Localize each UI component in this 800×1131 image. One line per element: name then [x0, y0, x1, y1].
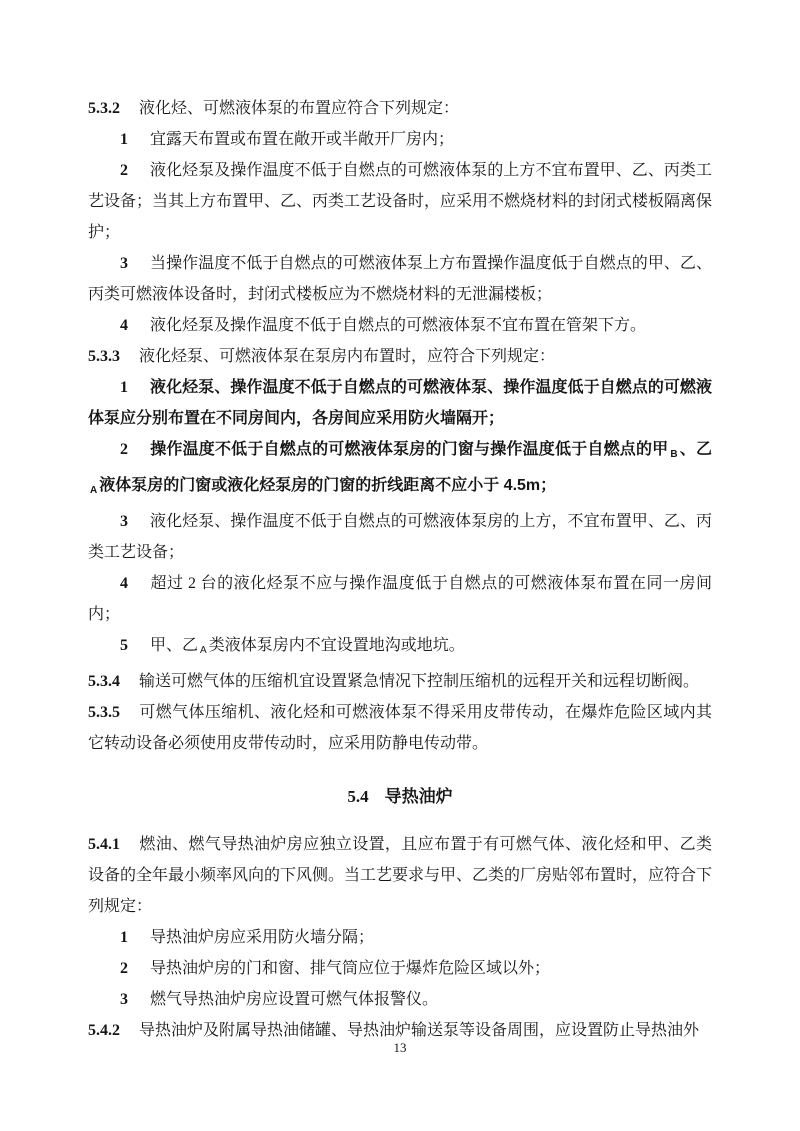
section-number: 5.4 — [347, 787, 368, 806]
document-content: 5.3.2液化烃、可燃液体泵的布置应符合下列规定： 1宜露天布置或布置在敞开或半… — [88, 93, 712, 1046]
subscript-a: A — [88, 485, 99, 496]
item-text-segment: 液体泵房的门窗或液化烃泵房的门窗的折线距离不应小于 4.5m； — [99, 477, 556, 494]
clause-5.3.5: 5.3.5可燃气体压缩机、液化烃和可燃液体泵不得采用皮带传动，在爆炸危险区域内其… — [88, 697, 712, 759]
item-number: 3 — [120, 255, 128, 272]
item-text-segment: 、乙 — [680, 441, 712, 458]
page-number: 13 — [0, 1038, 800, 1058]
item-text: 液化烃泵、操作温度不低于自燃点的可燃液体泵房的上方，不宜布置甲、乙、丙类工艺设备… — [88, 513, 712, 561]
clause-5.3.2: 5.3.2液化烃、可燃液体泵的布置应符合下列规定： — [88, 93, 712, 124]
list-item-1: 1宜露天布置或布置在敞开或半敞开厂房内； — [88, 124, 712, 155]
item-number: 2 — [120, 162, 128, 179]
item-text: 导热油炉房应采用防火墙分隔； — [150, 929, 374, 946]
clause-text: 导热油炉及附属导热油储罐、导热油炉输送泵等设备周围，应设置防止导热油外 — [139, 1022, 699, 1039]
clause-text: 液化烃泵、可燃液体泵在泵房内布置时，应符合下列规定： — [139, 348, 555, 365]
list-item-1-bold: 1液化烃泵、操作温度不低于自燃点的可燃液体泵、操作温度低于自燃点的可燃液体泵应分… — [88, 372, 712, 434]
clause-number: 5.4.1 — [88, 836, 120, 853]
item-number: 1 — [120, 379, 128, 396]
clause-5.3.4: 5.3.4输送可燃气体的压缩机宜设置紧急情况下控制压缩机的远程开关和远程切断阀。 — [88, 666, 712, 697]
item-number: 4 — [120, 575, 128, 592]
item-number: 4 — [120, 317, 128, 334]
section-heading-5.4: 5.4导热油炉 — [88, 781, 712, 812]
clause-text: 燃油、燃气导热油炉房应独立设置，且应布置于有可燃气体、液化烃和甲、乙类设备的全年… — [88, 836, 712, 915]
list-item-2-bold: 2操作温度不低于自燃点的可燃液体泵房的门窗与操作温度低于自燃点的甲B、乙A液体泵… — [88, 434, 712, 506]
list-item-3b: 3液化烃泵、操作温度不低于自燃点的可燃液体泵房的上方，不宜布置甲、乙、丙类工艺设… — [88, 506, 712, 568]
item-text: 液化烃泵及操作温度不低于自燃点的可燃液体泵不宜布置在管架下方。 — [150, 317, 646, 334]
item-text: 液化烃泵、操作温度不低于自燃点的可燃液体泵、操作温度低于自燃点的可燃液体泵应分别… — [88, 379, 712, 427]
item-text-segment: 甲、乙 — [150, 637, 198, 654]
item-text: 导热油炉房的门和窗、排气筒应位于爆炸危险区域以外； — [150, 960, 550, 977]
item-number: 2 — [120, 441, 128, 458]
clause-5.3.3: 5.3.3液化烃泵、可燃液体泵在泵房内布置时，应符合下列规定： — [88, 341, 712, 372]
list-item-2c: 2导热油炉房的门和窗、排气筒应位于爆炸危险区域以外； — [88, 953, 712, 984]
list-item-5: 5甲、乙A类液体泵房内不宜设置地沟或地坑。 — [88, 630, 712, 666]
clause-text: 液化烃、可燃液体泵的布置应符合下列规定： — [139, 100, 459, 117]
item-number: 1 — [120, 929, 128, 946]
list-item-4: 4液化烃泵及操作温度不低于自燃点的可燃液体泵不宜布置在管架下方。 — [88, 310, 712, 341]
item-number: 5 — [120, 637, 128, 654]
item-number: 2 — [120, 960, 128, 977]
clause-number: 5.3.4 — [88, 673, 120, 690]
item-text: 当操作温度不低于自燃点的可燃液体泵上方布置操作温度低于自燃点的甲、乙、丙类可燃液… — [88, 255, 712, 303]
item-number: 1 — [120, 131, 128, 148]
list-item-2: 2液化烃泵及操作温度不低于自燃点的可燃液体泵的上方不宜布置甲、乙、丙类工艺设备；… — [88, 155, 712, 248]
section-title: 导热油炉 — [385, 787, 453, 806]
item-text-segment: 类液体泵房内不宜设置地沟或地坑。 — [209, 637, 465, 654]
list-item-1c: 1导热油炉房应采用防火墙分隔； — [88, 922, 712, 953]
clause-text: 输送可燃气体的压缩机宜设置紧急情况下控制压缩机的远程开关和远程切断阀。 — [139, 673, 699, 690]
item-number: 3 — [120, 513, 128, 530]
clause-number: 5.3.2 — [88, 100, 120, 117]
clause-number: 5.3.5 — [88, 704, 120, 721]
item-text: 超过 2 台的液化烃泵不应与操作温度低于自燃点的可燃液体泵布置在同一房间内； — [88, 575, 712, 623]
document-page: 5.3.2液化烃、可燃液体泵的布置应符合下列规定： 1宜露天布置或布置在敞开或半… — [0, 0, 800, 1131]
clause-number: 5.3.3 — [88, 348, 120, 365]
item-text: 宜露天布置或布置在敞开或半敞开厂房内； — [150, 131, 454, 148]
clause-number: 5.4.2 — [88, 1022, 120, 1039]
item-text: 液化烃泵及操作温度不低于自燃点的可燃液体泵的上方不宜布置甲、乙、丙类工艺设备；当… — [88, 162, 712, 241]
item-text: 燃气导热油炉房应设置可燃气体报警仪。 — [150, 991, 438, 1008]
list-item-3c: 3燃气导热油炉房应设置可燃气体报警仪。 — [88, 984, 712, 1015]
subscript-b: B — [668, 449, 679, 460]
list-item-4b: 4超过 2 台的液化烃泵不应与操作温度低于自燃点的可燃液体泵布置在同一房间内； — [88, 568, 712, 630]
subscript-a: A — [198, 645, 209, 656]
item-text-segment: 操作温度不低于自燃点的可燃液体泵房的门窗与操作温度低于自燃点的甲 — [150, 441, 668, 458]
clause-text: 可燃气体压缩机、液化烃和可燃液体泵不得采用皮带传动，在爆炸危险区域内其它转动设备… — [88, 704, 712, 752]
item-number: 3 — [120, 991, 128, 1008]
clause-5.4.1: 5.4.1燃油、燃气导热油炉房应独立设置，且应布置于有可燃气体、液化烃和甲、乙类… — [88, 829, 712, 922]
list-item-3: 3当操作温度不低于自燃点的可燃液体泵上方布置操作温度低于自燃点的甲、乙、丙类可燃… — [88, 248, 712, 310]
